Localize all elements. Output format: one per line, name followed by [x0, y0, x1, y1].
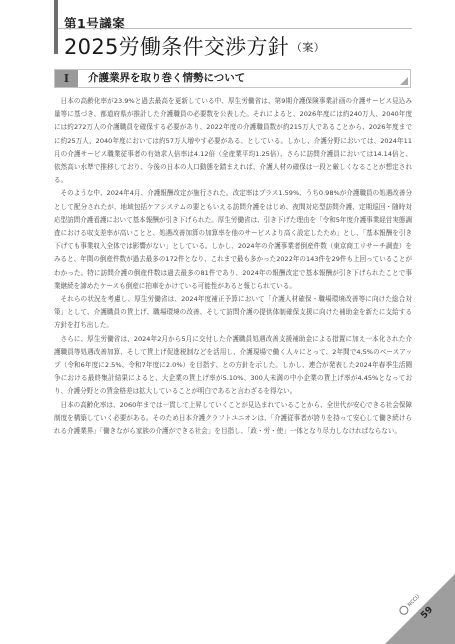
- title-accent-bar: [54, 0, 58, 54]
- agenda-kicker: 第1号議案: [64, 14, 125, 32]
- page-title-text: 2025労働条件交渉方針: [64, 35, 289, 59]
- paragraph: 日本の高齢化率は、2060年までは一貫して上昇していくことが見込まれていることか…: [54, 399, 412, 439]
- paragraph: それらの状況を考慮し、厚生労働省は、2024年度補正予算において「介護人材確保・…: [54, 293, 412, 333]
- page-corner-tab: [385, 574, 455, 644]
- paragraph: さらに、厚生労働省は、2024年2月から5月に交付した介護職員処遇改善支援補助金…: [54, 333, 412, 399]
- page-title: 2025労働条件交渉方針（案）: [64, 31, 325, 61]
- paragraph: そのような中、2024年4月、介護報酬改定が施行された。改定率はプラス1.59%…: [54, 187, 412, 293]
- section-header: I 介護業界を取り巻く情勢について: [54, 69, 411, 88]
- section-number: I: [55, 70, 78, 87]
- corner-triangle-icon: [400, 77, 408, 85]
- kicker-divider: [58, 28, 412, 29]
- page-title-suffix: （案）: [291, 41, 325, 54]
- paragraph: 日本の高齢化率が23.9%と過去最高を更新している中、厚生労働省は、第9期介護保…: [54, 95, 412, 187]
- body-text: 日本の高齢化率が23.9%と過去最高を更新している中、厚生労働省は、第9期介護保…: [54, 95, 412, 438]
- section-title: 介護業界を取り巻く情勢について: [88, 70, 245, 87]
